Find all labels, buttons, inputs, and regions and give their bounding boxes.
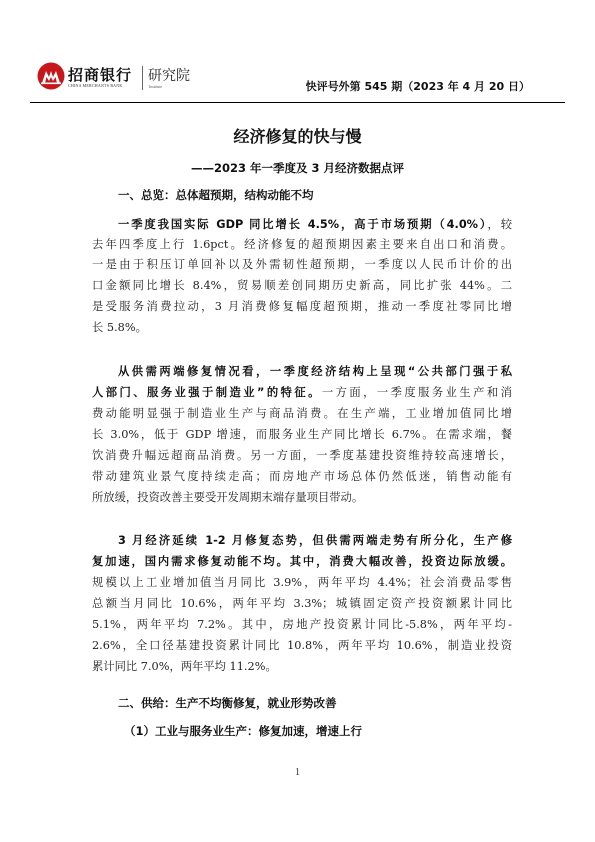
report-header: 招商银行 CHINA MERCHANTS BANK 研究院 Institute … xyxy=(30,60,565,104)
text-line: 所放缓，投资改善主要受开发周期末端存量项目带动。 xyxy=(92,488,512,508)
text-line: 复加速，国内需求修复动能不均。其中，消费大幅改善，投资边际放缓。 xyxy=(92,552,512,572)
text-line: 一是由于积压订单回补以及外需韧性超预期，一季度以人民币计价的出 xyxy=(92,255,512,275)
header-rule xyxy=(30,102,565,103)
text-line: 从供需两端修复情况看，一季度经济结构上呈现“公共部门强于私 xyxy=(118,362,512,382)
bold-text: 从供需两端修复情况看，一季度经济结构上呈现“公共部门强于私 xyxy=(118,365,512,378)
cmb-logo-icon xyxy=(37,62,65,90)
bank-name-cn: 招商银行 xyxy=(68,64,132,85)
bold-text: 人部门、服务业强于制造业”的特征。 xyxy=(92,386,322,399)
bank-name-en: CHINA MERCHANTS BANK xyxy=(68,83,122,88)
text-line: 长 5.8%。 xyxy=(92,318,512,338)
logo-divider xyxy=(142,66,143,90)
institute-name-cn: 研究院 xyxy=(148,65,190,85)
text-line: 是受服务消费拉动，3 月消费修复幅度超预期，推动一季度社零同比增 xyxy=(92,297,512,317)
issue-line: 快评号外第 545 期（2023 年 4 月 20 日） xyxy=(306,78,530,94)
subsection-heading: （1）工业与服务业生产：修复加速，增速上行 xyxy=(124,723,362,739)
institute-name-en: Institute xyxy=(149,84,162,89)
bold-text: 3 月经济延续 1-2 月修复态势，但供需两端走势有所分化，生产修 xyxy=(118,534,512,547)
text-line: 规模以上工业增加值当月同比 3.9%，两年平均 4.4%；社会消费品零售 xyxy=(92,573,512,593)
text-line: 总额当月同比 10.6%，两年平均 3.3%；城镇固定资产投资额累计同比 xyxy=(92,594,512,614)
line-text: 一方面，一季度服务业生产和消 xyxy=(322,386,512,399)
bold-text: 复加速，国内需求修复动能不均。其中，消费大幅改善，投资边际放缓。 xyxy=(92,555,512,568)
text-line: 长 3.0%，低于 GDP 增速，而服务业生产同比增长 6.7%。在需求端，餐 xyxy=(92,425,512,445)
text-line: 2.6%，全口径基建投资累计同比 10.8%，两年平均 10.6%，制造业投资 xyxy=(92,636,512,656)
document-subtitle: ——2023 年一季度及 3 月经济数据点评 xyxy=(0,160,595,176)
bold-text: 一季度我国实际 GDP 同比增长 4.5%，高于市场预期（4.0%） xyxy=(118,218,487,231)
text-line: 累计同比 7.0%，两年平均 11.2%。 xyxy=(92,657,512,677)
text-line: 饮消费升幅远超商品消费。另一方面，一季度基建投资维持较高速增长， xyxy=(92,446,512,466)
section-heading-1: 一、总览：总体超预期，结构动能不均 xyxy=(118,187,314,203)
text-line: 人部门、服务业强于制造业”的特征。一方面，一季度服务业生产和消 xyxy=(92,383,512,403)
text-line: 费动能明显强于制造业生产与商品消费。在生产端，工业增加值同比增 xyxy=(92,404,512,424)
text-line: 3 月经济延续 1-2 月修复态势，但供需两端走势有所分化，生产修 xyxy=(118,531,512,551)
text-line: 去年四季度上行 1.6pct。经济修复的超预期因素主要来自出口和消费。 xyxy=(92,235,512,255)
line-text: ，较 xyxy=(487,218,512,231)
document-title: 经济修复的快与慢 xyxy=(0,124,595,147)
page-number: 1 xyxy=(0,767,595,778)
text-line: 5.1%，两年平均 7.2%。其中，房地产投资累计同比-5.8%，两年平均- xyxy=(92,615,512,635)
text-line: 带动建筑业景气度持续走高；而房地产市场总体仍然低迷，销售动能有 xyxy=(92,467,512,487)
section-heading-2: 二、供给：生产不均衡修复，就业形势改善 xyxy=(118,695,337,711)
text-line: 一季度我国实际 GDP 同比增长 4.5%，高于市场预期（4.0%），较 xyxy=(118,215,512,235)
text-line: 口金额同比增长 8.4%，贸易顺差创同期历史新高，同比扩张 44%。二 xyxy=(92,276,512,296)
